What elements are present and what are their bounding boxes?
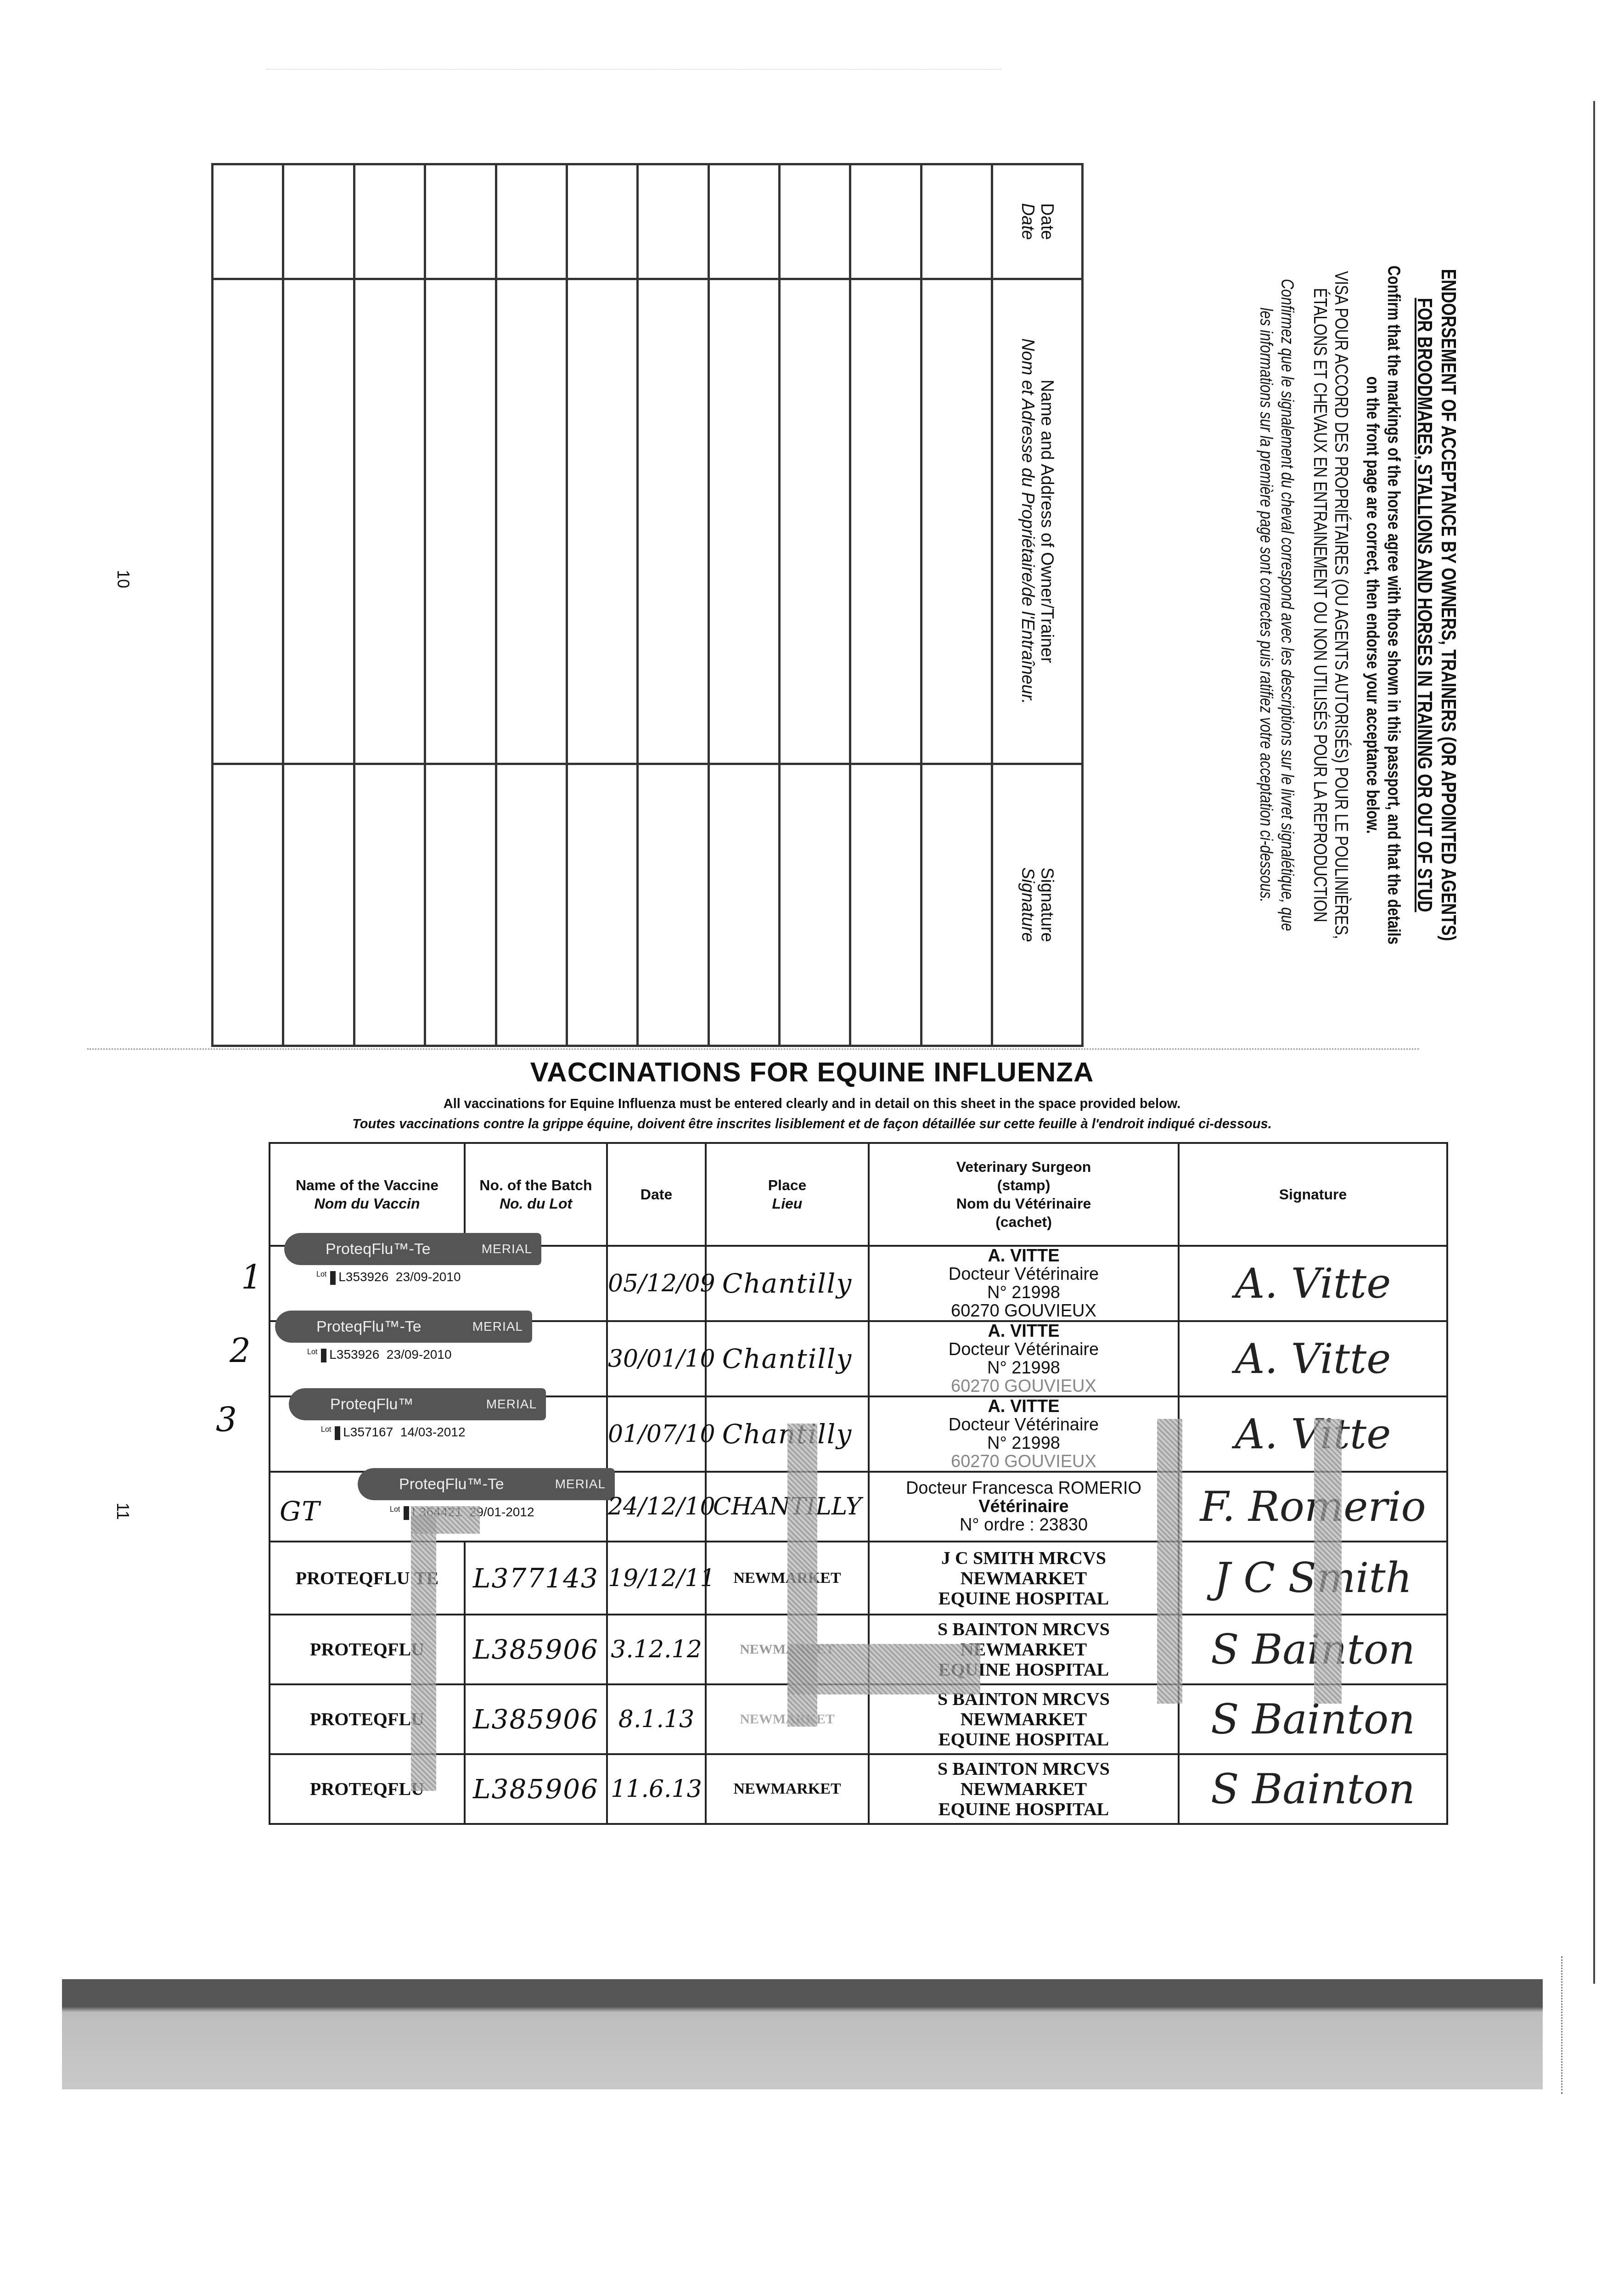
owner-cell[interactable] (638, 279, 708, 764)
endorsement-instruction-fr: Confirmez que le signalement du cheval c… (1255, 273, 1298, 937)
date-cell: 3.12.12 (607, 1615, 706, 1684)
vet-stamp-cell: J C SMITH MRCVS NEWMARKET EQUINE HOSPITA… (869, 1542, 1179, 1615)
owner-cell[interactable] (850, 279, 921, 764)
signature-cell[interactable] (708, 764, 779, 1046)
vaccine-label-sticker: ProteqFlu™-TeMERIAL LotL353926 23/09-201… (275, 1311, 532, 1364)
date-cell[interactable] (567, 164, 638, 279)
signature-cell[interactable] (496, 764, 567, 1046)
scan-shadow-block (62, 1979, 1543, 2089)
signature-cell: S Bainton (1179, 1684, 1447, 1754)
place-cell: Chantilly (706, 1246, 869, 1321)
date-cell[interactable] (638, 164, 708, 279)
vaccination-subtitle-en: All vaccinations for Equine Influenza mu… (0, 1097, 1624, 1112)
owner-table-row (780, 164, 850, 1046)
batch-cell: L385906 (465, 1684, 607, 1754)
scan-edge (1561, 1956, 1564, 2094)
owner-cell[interactable] (496, 279, 567, 764)
vaccination-table: Name of the VaccineNom du Vaccin No. of … (269, 1142, 1448, 1825)
endorsement-section: ENDORSEMENT OF ACCEPTANCE BY OWNERS, TRA… (216, 163, 1465, 1047)
date-cell[interactable] (425, 164, 496, 279)
signature-cell: A. Vitte (1179, 1321, 1447, 1396)
scan-artifact-top (266, 69, 1001, 84)
date-cell[interactable] (354, 164, 425, 279)
batch-cell: L385906 (465, 1754, 607, 1824)
page-edge (1593, 101, 1595, 1984)
owner-table-row (425, 164, 496, 1046)
owner-table-row (283, 164, 354, 1046)
vet-stamp-cell: A. VITTE Docteur Vétérinaire N° 21998 60… (869, 1396, 1179, 1472)
signature-cell: F. Romerio (1179, 1472, 1447, 1542)
owner-cell[interactable] (780, 279, 850, 764)
endorsement-title-line2: FOR BROODMARES, STALLIONS AND HORSES IN … (1412, 252, 1436, 959)
endorsement-title-line1: ENDORSEMENT OF ACCEPTANCE BY OWNERS, TRA… (1436, 252, 1460, 959)
vaccine-sticker-cell: ProteqFlu™-TeMERIAL LotL353926 23/09-201… (270, 1246, 607, 1321)
header-signature: SignatureSignature (992, 764, 1083, 1046)
signature-cell[interactable] (850, 764, 921, 1046)
owner-cell[interactable] (213, 279, 284, 764)
signature-cell[interactable] (638, 764, 708, 1046)
vaccination-table-header: Name of the VaccineNom du Vaccin No. of … (270, 1143, 1447, 1246)
vaccination-row: ProteqFlu™MERIAL LotL357167 14/03-2012 0… (270, 1396, 1447, 1472)
date-cell[interactable] (708, 164, 779, 279)
endorsement-instruction-en: Confirm that the markings of the horse a… (1362, 258, 1404, 952)
vaccine-label-sticker: ProteqFlu™MERIAL LotL357167 14/03-2012 (289, 1388, 546, 1442)
signature-cell: S Bainton (1179, 1615, 1447, 1684)
date-cell[interactable] (780, 164, 850, 279)
date-cell[interactable] (213, 164, 284, 279)
redaction-overlay (411, 1515, 436, 1791)
redaction-overlay (1314, 1419, 1342, 1704)
date-cell: 01/07/10 (607, 1396, 706, 1472)
vet-stamp-cell: A. VITTE Docteur Vétérinaire N° 21998 60… (869, 1246, 1179, 1321)
date-cell[interactable] (283, 164, 354, 279)
signature-cell[interactable] (780, 764, 850, 1046)
vaccination-row: ProteqFlu™-TeMERIAL LotL353926 23/09-201… (270, 1321, 1447, 1396)
batch-cell: L377143 (465, 1542, 607, 1615)
vet-stamp-cell: Docteur Francesca ROMERIO Vétérinaire N°… (869, 1472, 1179, 1542)
date-cell: 24/12/10 (607, 1472, 706, 1542)
row-mark-3: 3 (216, 1401, 237, 1439)
owner-cell[interactable] (283, 279, 354, 764)
signature-cell: J C Smith (1179, 1542, 1447, 1615)
owner-table-row (850, 164, 921, 1046)
header-owner-name-address: Name and Address of Owner/TrainerNom et … (992, 279, 1083, 764)
header-vet: Veterinary Surgeon (stamp) Nom du Vétéri… (869, 1143, 1179, 1246)
signature-cell[interactable] (213, 764, 284, 1046)
endorsement-header: ENDORSEMENT OF ACCEPTANCE BY OWNERS, TRA… (1088, 163, 1465, 1047)
signature-cell[interactable] (354, 764, 425, 1046)
owner-cell[interactable] (921, 279, 992, 764)
redaction-overlay (787, 1644, 980, 1694)
owner-table-row (567, 164, 638, 1046)
signature-cell: S Bainton (1179, 1754, 1447, 1824)
owner-table-row (213, 164, 284, 1046)
row-mark-2: 2 (230, 1332, 251, 1370)
signature-cell: A. Vitte (1179, 1396, 1447, 1472)
vaccination-row: ProteqFlu™-TeMERIAL LotL353926 23/09-201… (270, 1246, 1447, 1321)
owner-endorsement-table: DateDate Name and Address of Owner/Train… (211, 163, 1084, 1047)
signature-cell[interactable] (921, 764, 992, 1046)
endorsement-title: ENDORSEMENT OF ACCEPTANCE BY OWNERS, TRA… (1412, 252, 1460, 959)
row-mark-1: 1 (241, 1258, 262, 1297)
signature-cell[interactable] (567, 764, 638, 1046)
redaction-overlay (1157, 1419, 1182, 1704)
date-cell: 19/12/11 (607, 1542, 706, 1615)
signature-cell[interactable] (283, 764, 354, 1046)
vaccination-title: VACCINATIONS FOR EQUINE INFLUENZA (0, 1056, 1624, 1088)
date-cell[interactable] (850, 164, 921, 279)
page-number-10: 10 (113, 570, 133, 588)
place-cell: Chantilly (706, 1321, 869, 1396)
signature-cell[interactable] (425, 764, 496, 1046)
owner-table-row (638, 164, 708, 1046)
header-date: Date (607, 1143, 706, 1246)
owner-cell[interactable] (567, 279, 638, 764)
batch-cell: L385906 (465, 1615, 607, 1684)
vaccine-label-sticker: ProteqFlu™-TeMERIAL LotL364421 29/01-201… (358, 1468, 615, 1522)
owner-cell[interactable] (425, 279, 496, 764)
date-cell[interactable] (921, 164, 992, 279)
owner-table-row (496, 164, 567, 1046)
vaccination-row: PROTEQFLU TE L377143 19/12/11 NEWMARKET … (270, 1542, 1447, 1615)
page-number-11: 11 (113, 1503, 132, 1519)
header-date: DateDate (992, 164, 1083, 279)
endorsement-heading-fr: VISA POUR ACCORD DES PROPRIÉTAIRES (OU A… (1309, 265, 1352, 945)
vet-stamp-cell: A. VITTE Docteur Vétérinaire N° 21998 60… (869, 1321, 1179, 1396)
header-vaccine: Name of the VaccineNom du Vaccin (270, 1143, 465, 1246)
owner-cell[interactable] (354, 279, 425, 764)
owner-table-row (708, 164, 779, 1046)
signature-cell: A. Vitte (1179, 1246, 1447, 1321)
vaccine-label-sticker: ProteqFlu™-TeMERIAL LotL353926 23/09-201… (284, 1233, 541, 1287)
section-divider (87, 1048, 1419, 1050)
row-mark-gt: GT (280, 1496, 320, 1527)
owner-table-row (354, 164, 425, 1046)
date-cell: 05/12/09 (607, 1246, 706, 1321)
vet-stamp-cell: S BAINTON MRCVS NEWMARKET EQUINE HOSPITA… (869, 1684, 1179, 1754)
vaccination-subtitle-fr: Toutes vaccinations contre la grippe équ… (0, 1117, 1624, 1132)
redaction-overlay (411, 1506, 480, 1534)
owner-table-header: DateDate Name and Address of Owner/Train… (992, 164, 1083, 1046)
vaccination-row: PROTEQFLU L385906 8.1.13 NEWMARKET S BAI… (270, 1684, 1447, 1754)
date-cell: 8.1.13 (607, 1684, 706, 1754)
vet-stamp-cell: S BAINTON MRCVS NEWMARKET EQUINE HOSPITA… (869, 1754, 1179, 1824)
header-place: PlaceLieu (706, 1143, 869, 1246)
vaccine-sticker-cell: ProteqFlu™MERIAL LotL357167 14/03-2012 (270, 1396, 607, 1472)
header-signature: Signature (1179, 1143, 1447, 1246)
header-batch: No. of the BatchNo. du Lot (465, 1143, 607, 1246)
date-cell[interactable] (496, 164, 567, 279)
vaccine-sticker-cell: ProteqFlu™-TeMERIAL LotL353926 23/09-201… (270, 1321, 607, 1396)
date-cell: 11.6.13 (607, 1754, 706, 1824)
owner-table-row (921, 164, 992, 1046)
vaccination-row: PROTEQFLU L385906 11.6.13 NEWMARKET S BA… (270, 1754, 1447, 1824)
place-cell: NEWMARKET (706, 1754, 869, 1824)
date-cell: 30/01/10 (607, 1321, 706, 1396)
owner-cell[interactable] (708, 279, 779, 764)
